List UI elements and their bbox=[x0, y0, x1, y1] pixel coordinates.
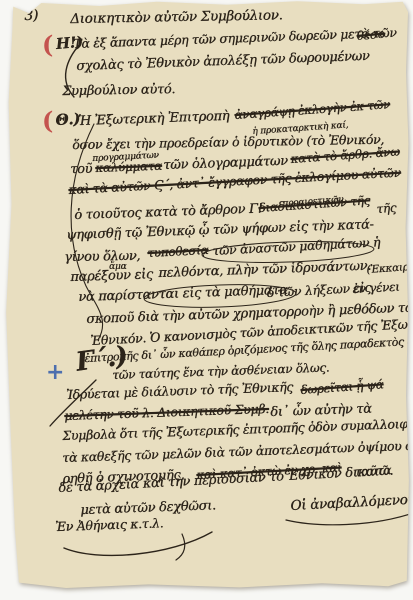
manuscript-line: γίνου ὅλων, bbox=[64, 249, 140, 265]
manuscript-line: Τὰ ἐξ ἅπαντα μέρη τῶν σημερινῶν δωρεῶν μ… bbox=[73, 25, 397, 51]
paper-sheet: 3) Διοικητικὸν αὐτῶν Συμβούλιον. ( Η!) Τ… bbox=[0, 0, 413, 600]
struck-phrase: διαδικαστικῶν τῆς bbox=[258, 193, 370, 215]
manuscript-line: τῶν ὁλογραμμάτων bbox=[163, 154, 288, 173]
struck-word: καλύμματα bbox=[95, 159, 162, 175]
manuscript-line: τοῦ bbox=[70, 162, 92, 177]
place-date-line: Ἐν Ἀθήναις κ.τ.λ. bbox=[55, 515, 164, 534]
page-number: 3) bbox=[24, 8, 38, 24]
struck-word: θέσο bbox=[356, 27, 385, 43]
blue-cross-mark: + bbox=[46, 360, 64, 385]
manuscript-line: νὰ παρίστανται εἰς τὰ μαθήματα bbox=[78, 283, 288, 305]
manuscript-word: τῆς bbox=[376, 201, 397, 216]
struck-phrase: δωρεῖται ᾗ ψά bbox=[300, 377, 384, 397]
red-paren-mark-eta: ( bbox=[42, 30, 53, 59]
scan-background: 3) Διοικητικὸν αὐτῶν Συμβούλιον. ( Η!) Τ… bbox=[0, 0, 413, 600]
signature-underline-stroke bbox=[286, 514, 410, 525]
paragraph-marker-theta: Θ.) bbox=[55, 110, 80, 129]
struck-phrase: ἀναγράψῃ ἐκλογὴν ἐκ τῶν bbox=[234, 97, 390, 122]
manuscript-line: τῶν ταύτης ἕνα τὴν ἀσθένειαν ὅλως. bbox=[112, 360, 329, 382]
heading-line: Διοικητικὸν αὐτῶν Συμβούλιον. bbox=[70, 7, 283, 27]
struck-word: τυποθεσίᾳ bbox=[147, 243, 209, 260]
circled-phrase: τῶν ἀναστῶν μαθημάτων ἡ bbox=[212, 234, 380, 258]
manuscript-line: Ἡ Ἐξωτερικὴ Ἐπιτροπὴ bbox=[78, 109, 229, 129]
descender-stroke bbox=[176, 534, 185, 560]
interlinear-insertion: ἅμα bbox=[109, 262, 126, 272]
signature: Οἱ ἀναβαλλόμενοι. bbox=[290, 491, 413, 514]
manuscript-line: σχολὰς τὸ Ἐθνικὸν ἀπολέξῃ τῶν δωρουμένων bbox=[76, 49, 370, 74]
margin-word: (Ἐκκαιρῶν bbox=[366, 260, 413, 276]
manuscript-word: ἐν γένει bbox=[352, 280, 400, 296]
manuscript-line: ὁ τοιοῦτος κατὰ τὸ ἄρθρον Γ! bbox=[74, 201, 263, 223]
scanned-manuscript-page: { "page": { "background_color": "#f7f7f4… bbox=[0, 0, 413, 600]
date-flourish-stroke bbox=[64, 532, 212, 555]
struck-line: μελέτην τοῦ λ. Διοικητικοῦ Συμβ. bbox=[64, 401, 269, 423]
manuscript-line: Συμβούλιον αὐτό. bbox=[62, 82, 175, 99]
red-paren-mark-theta: ( bbox=[42, 106, 53, 135]
manuscript-line: πελθόντα, πλὴν τῶν ἱδρυσάντων. bbox=[158, 259, 371, 281]
paper-sheet-wrapper: 3) Διοικητικὸν αὐτῶν Συμβούλιον. ( Η!) Τ… bbox=[0, 0, 413, 600]
manuscript-line: Ἰδρύεται μὲ διάλυσιν τὸ τῆς Ἐθνικῆς bbox=[66, 379, 293, 402]
